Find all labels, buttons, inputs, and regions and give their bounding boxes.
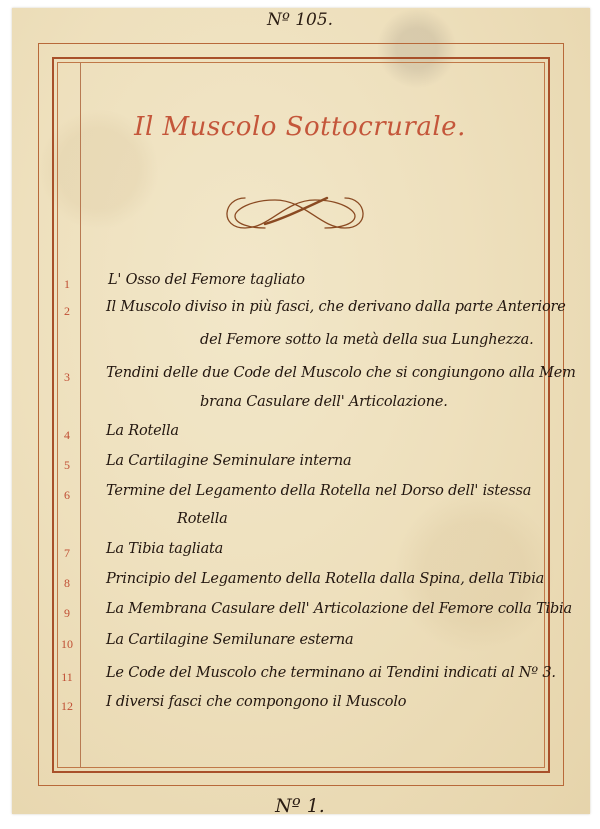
entry-number: 10 — [58, 637, 76, 652]
folio-number-bottom: Nº 1. — [0, 795, 600, 817]
entry-text: La Cartilagine Semilunare esterna — [106, 632, 353, 648]
entry-number: 9 — [58, 606, 76, 621]
legend-list: 1 L' Osso del Femore tagliato 2 Il Musco… — [0, 0, 600, 829]
entry-number: 2 — [58, 304, 76, 319]
entry-number: 6 — [58, 488, 76, 503]
entry-number: 8 — [58, 576, 76, 591]
entry-text: L' Osso del Femore tagliato — [108, 272, 305, 288]
entry-text-continuation: Rotella — [177, 511, 228, 527]
entry-text: Il Muscolo diviso in più fasci, che deri… — [106, 299, 566, 315]
entry-text-continuation: del Femore sotto la metà della sua Lungh… — [200, 332, 534, 348]
entry-text: Principio del Legamento della Rotella da… — [106, 571, 544, 587]
entry-text-continuation: brana Casulare dell' Articolazione. — [200, 394, 448, 410]
entry-number: 4 — [58, 428, 76, 443]
entry-text: Termine del Legamento della Rotella nel … — [106, 483, 531, 499]
entry-text: La Tibia tagliata — [106, 541, 223, 557]
entry-number: 11 — [58, 670, 76, 685]
entry-number: 5 — [58, 458, 76, 473]
entry-text: La Membrana Casulare dell' Articolazione… — [106, 601, 572, 617]
entry-text: Tendini delle due Code del Muscolo che s… — [106, 365, 576, 381]
entry-number: 7 — [58, 546, 76, 561]
entry-text: La Rotella — [106, 423, 179, 439]
entry-number: 1 — [58, 277, 76, 292]
entry-text: Le Code del Muscolo che terminano ai Ten… — [106, 665, 556, 681]
entry-text: I diversi fasci che compongono il Muscol… — [106, 694, 406, 710]
entry-number: 12 — [58, 699, 76, 714]
entry-number: 3 — [58, 370, 76, 385]
entry-text: La Cartilagine Seminulare interna — [106, 453, 351, 469]
